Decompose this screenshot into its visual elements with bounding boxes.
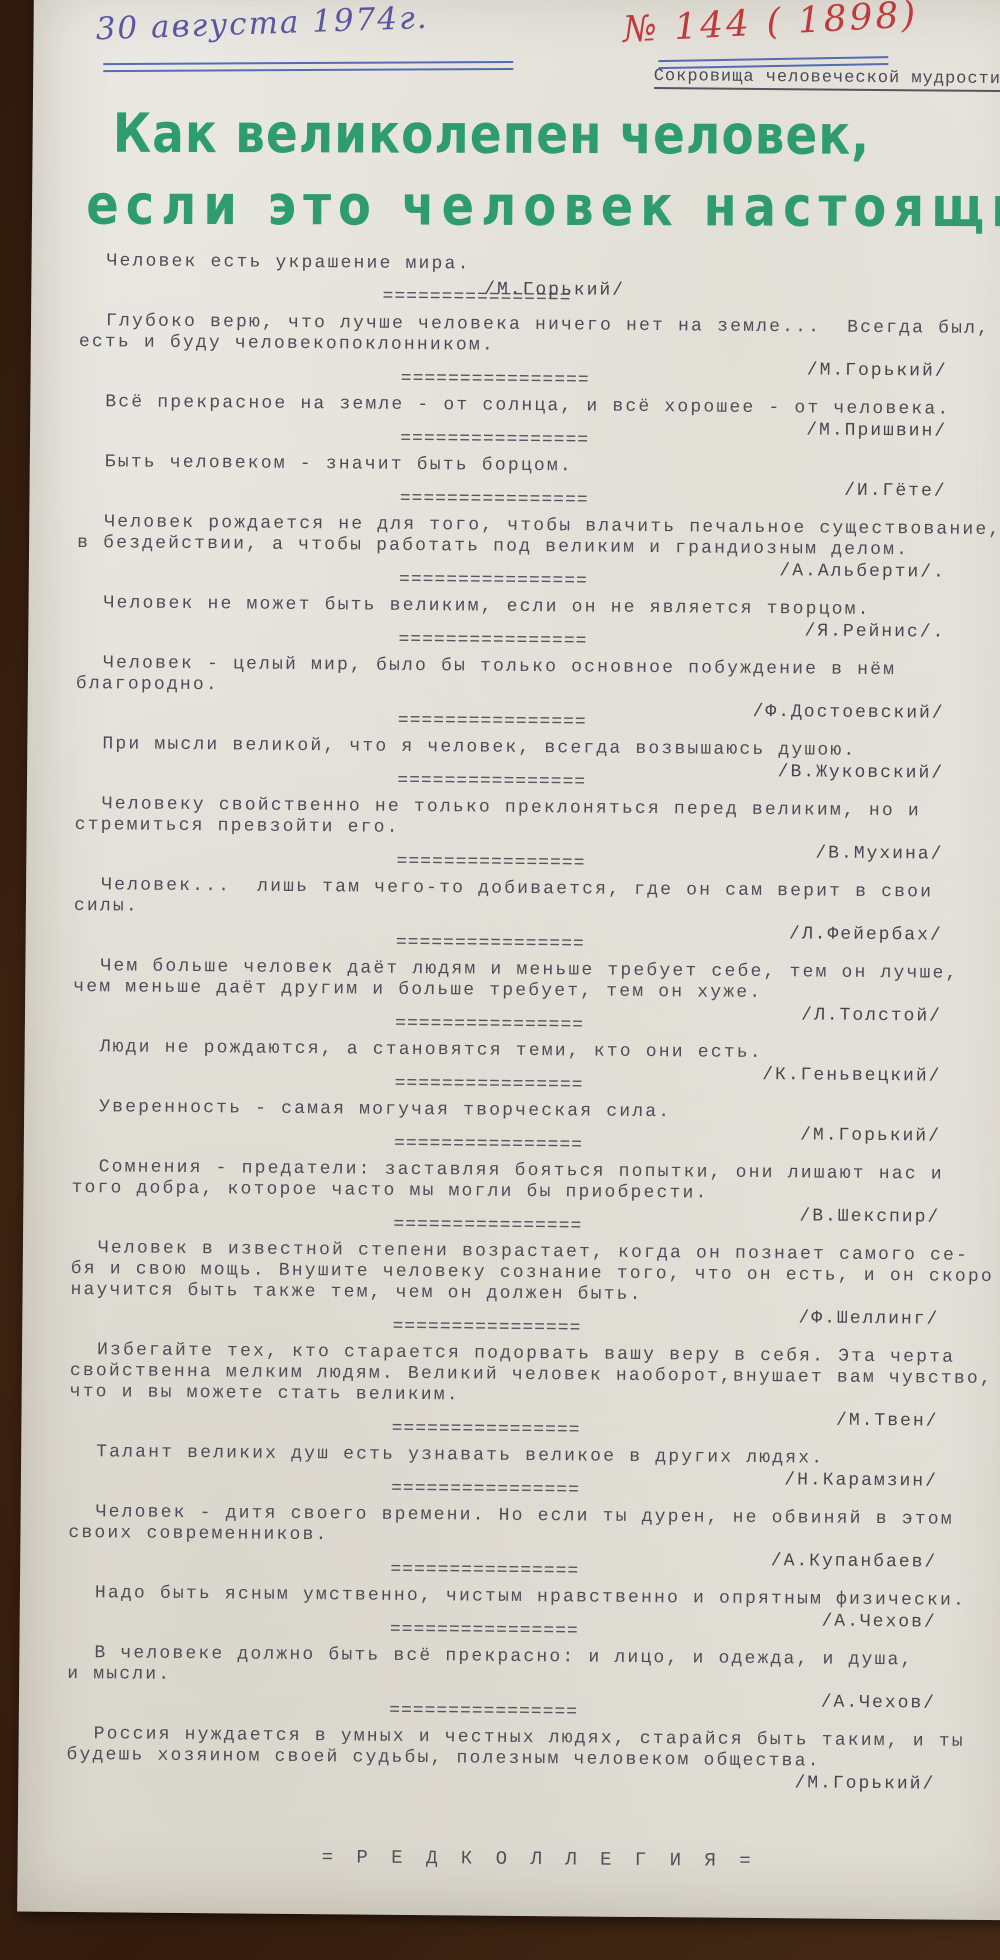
quote-block: Человек не может быть великим, если он н…: [76, 593, 1000, 654]
quote-attribution-row: ================ /М.Пришвин/: [78, 414, 1000, 453]
quote-attribution-row: ================ /М.Горький/: [72, 1119, 1000, 1158]
quote-attribution-row: ================ /М.Горький/: [79, 273, 1000, 312]
newspaper-sheet: 30 августа 1974г. № 144 ( 1898) Сокровищ…: [17, 0, 1000, 1920]
editorial-board-signature: = Р Е Д К О Л Л Е Г И Я =: [66, 1844, 1000, 1874]
quote-text: Человек... лишь там чего-то добивается, …: [74, 875, 1000, 925]
quote-author: /А.Купанбаев/: [771, 1551, 938, 1572]
quote-text: Глубоко верю, что лучше человека ничего …: [79, 311, 1000, 361]
quotes-list: Человек есть украшение мира. ===========…: [66, 251, 1000, 1806]
quote-author: /А.Альберти/.: [779, 561, 946, 582]
quote-attribution-row: ================ /И.Гёте/: [77, 474, 1000, 513]
quote-block: В человеке должно быть всё прекрасно: и …: [67, 1643, 1000, 1725]
quote-separator: ================: [396, 933, 585, 955]
quote-separator: ================: [392, 1317, 581, 1339]
quote-author: /Н.Карамзин/: [784, 1470, 938, 1491]
quote-block: Всё прекрасное на земле - от солнца, и в…: [78, 392, 1000, 453]
quote-separator: ================: [390, 1560, 579, 1582]
quote-separator: ================: [390, 1620, 579, 1642]
quote-author: /Л.Фейербах/: [789, 924, 943, 945]
quote-author: /Л.Толстой/: [801, 1005, 942, 1026]
quote-separator: ================: [395, 1074, 584, 1096]
quote-author: /А.Чехов/: [821, 1612, 936, 1633]
quote-author: /М.Горький/: [807, 360, 948, 381]
quote-attribution-row: ================ /Л.Толстой/: [73, 999, 1000, 1038]
quote-attribution-row: ================ /В.Мухина/: [74, 837, 1000, 876]
quote-block: Сомнения - предатели: заставляя бояться …: [71, 1157, 1000, 1239]
quote-author: /В.Жуковский/: [778, 762, 945, 783]
quote-separator: ================: [400, 429, 589, 451]
quote-block: Уверенность - самая могучая творческая с…: [72, 1097, 1000, 1158]
quote-separator: ================: [397, 771, 586, 793]
quote-text: Человек в известной степени возрастает, …: [70, 1238, 1000, 1309]
quote-block: Человек есть украшение мира. ===========…: [79, 251, 1000, 312]
quote-author: /В.Шекспир/: [799, 1206, 940, 1227]
quote-author: /Ф.Достоевский/: [753, 702, 945, 724]
quote-text: Человек - целый мир, было бы только осно…: [76, 653, 1000, 703]
quote-author: /М.Твен/: [836, 1411, 939, 1432]
quote-attribution-row: ================ /Я.Рейнис/.: [76, 615, 1000, 654]
quote-separator: ================: [391, 1479, 580, 1501]
quote-author: /А.Чехов/: [821, 1693, 936, 1714]
issue-number: № 144 ( 1898): [622, 0, 920, 51]
quote-text: Избегайте тех, кто старается подорвать в…: [70, 1340, 1000, 1411]
quote-block: Человек в известной степени возрастает, …: [70, 1238, 1000, 1341]
quote-author: /И.Гёте/: [844, 481, 947, 502]
page-title-line1: Как великолепен человек,: [113, 102, 1000, 168]
quote-block: Избегайте тех, кто старается подорвать в…: [69, 1340, 1000, 1443]
quote-block: Быть человеком - значит быть борцом. ===…: [77, 452, 1000, 513]
quote-author: /М.Горький/: [800, 1125, 941, 1146]
quote-separator: ================: [395, 1014, 584, 1036]
quote-block: Человек рождается не для того, чтобы вла…: [77, 512, 1000, 594]
quote-author: /М.Горький/: [484, 280, 625, 301]
quote-block: Человек... лишь там чего-то добивается, …: [74, 875, 1000, 957]
quote-text: Чем больше человек даёт людям и меньше т…: [73, 956, 1000, 1006]
quote-author: /В.Мухина/: [815, 843, 943, 864]
quote-separator: ================: [399, 570, 588, 592]
quote-block: Надо быть ясным умственно, чистым нравст…: [68, 1583, 1000, 1644]
quote-attribution-row: ================ /В.Жуковский/: [75, 756, 1000, 795]
quote-text: В человеке должно быть всё прекрасно: и …: [67, 1643, 1000, 1693]
quote-separator: ================: [398, 630, 587, 652]
quote-author: /Ф.Шеллинг/: [798, 1308, 939, 1329]
quote-block: Глубоко верю, что лучше человека ничего …: [78, 311, 1000, 393]
masthead: 30 августа 1974г. № 144 ( 1898) Сокровищ…: [81, 0, 1000, 102]
quote-separator: ================: [393, 1215, 582, 1237]
quote-separator: ================: [392, 1419, 581, 1441]
quote-block: Человеку свойственно не только преклонят…: [74, 794, 1000, 876]
quote-separator: ================: [397, 852, 586, 874]
quote-author: /Я.Рейнис/.: [804, 621, 945, 642]
quote-attribution-row: ================ /Ф.Достоевский/: [75, 696, 1000, 735]
quote-text: Сомнения - предатели: заставляя бояться …: [71, 1157, 1000, 1207]
quote-text: Человек рождается не для того, чтобы вла…: [77, 512, 1000, 562]
quote-text: Человек - дитя своего времени. Но если т…: [68, 1502, 1000, 1552]
quote-block: Талант великих душ есть узнавать великое…: [69, 1442, 1000, 1503]
handwritten-date: 30 августа 1974г.: [95, 0, 429, 47]
quote-separator: ================: [394, 1134, 583, 1156]
page-title-line2: если это человек настоящий: [86, 173, 1000, 240]
quote-block: Чем больше человек даёт людям и меньше т…: [73, 956, 1000, 1038]
quote-author: /М.Пришвин/: [806, 420, 947, 441]
quote-separator: ================: [400, 489, 589, 511]
date-underline: [103, 61, 513, 72]
quote-block: Человек - дитя своего времени. Но если т…: [68, 1502, 1000, 1584]
quote-attribution-row: ================ /Л.Фейербах/: [74, 918, 1000, 957]
quote-text: Человеку свойственно не только преклонят…: [75, 794, 1000, 844]
quote-block: Россия нуждается в умных и честных людях…: [66, 1724, 1000, 1806]
quote-attribution-row: ================ /М.Горький/: [78, 354, 1000, 393]
quote-attribution-row: ================ /А.Альберти/.: [77, 555, 1000, 594]
rubric-heading: Сокровища человеческой мудрости.: [654, 67, 1000, 92]
quote-author: /К.Геньвецкий/: [762, 1065, 941, 1087]
quote-block: Человек - целый мир, было бы только осно…: [75, 653, 1000, 735]
quote-block: При мысли великой, что я человек, всегда…: [75, 734, 1000, 795]
quote-attribution-row: ================ /К.Геньвецкий/: [72, 1059, 1000, 1098]
quote-separator: ================: [389, 1701, 578, 1723]
quote-block: Люди не рождаются, а становятся теми, кт…: [72, 1037, 1000, 1098]
quote-separator: ================: [401, 369, 590, 391]
quote-author: /М.Горький/: [794, 1773, 935, 1794]
quote-text: Россия нуждается в умных и честных людях…: [66, 1724, 1000, 1774]
quote-separator: ================: [398, 711, 587, 733]
